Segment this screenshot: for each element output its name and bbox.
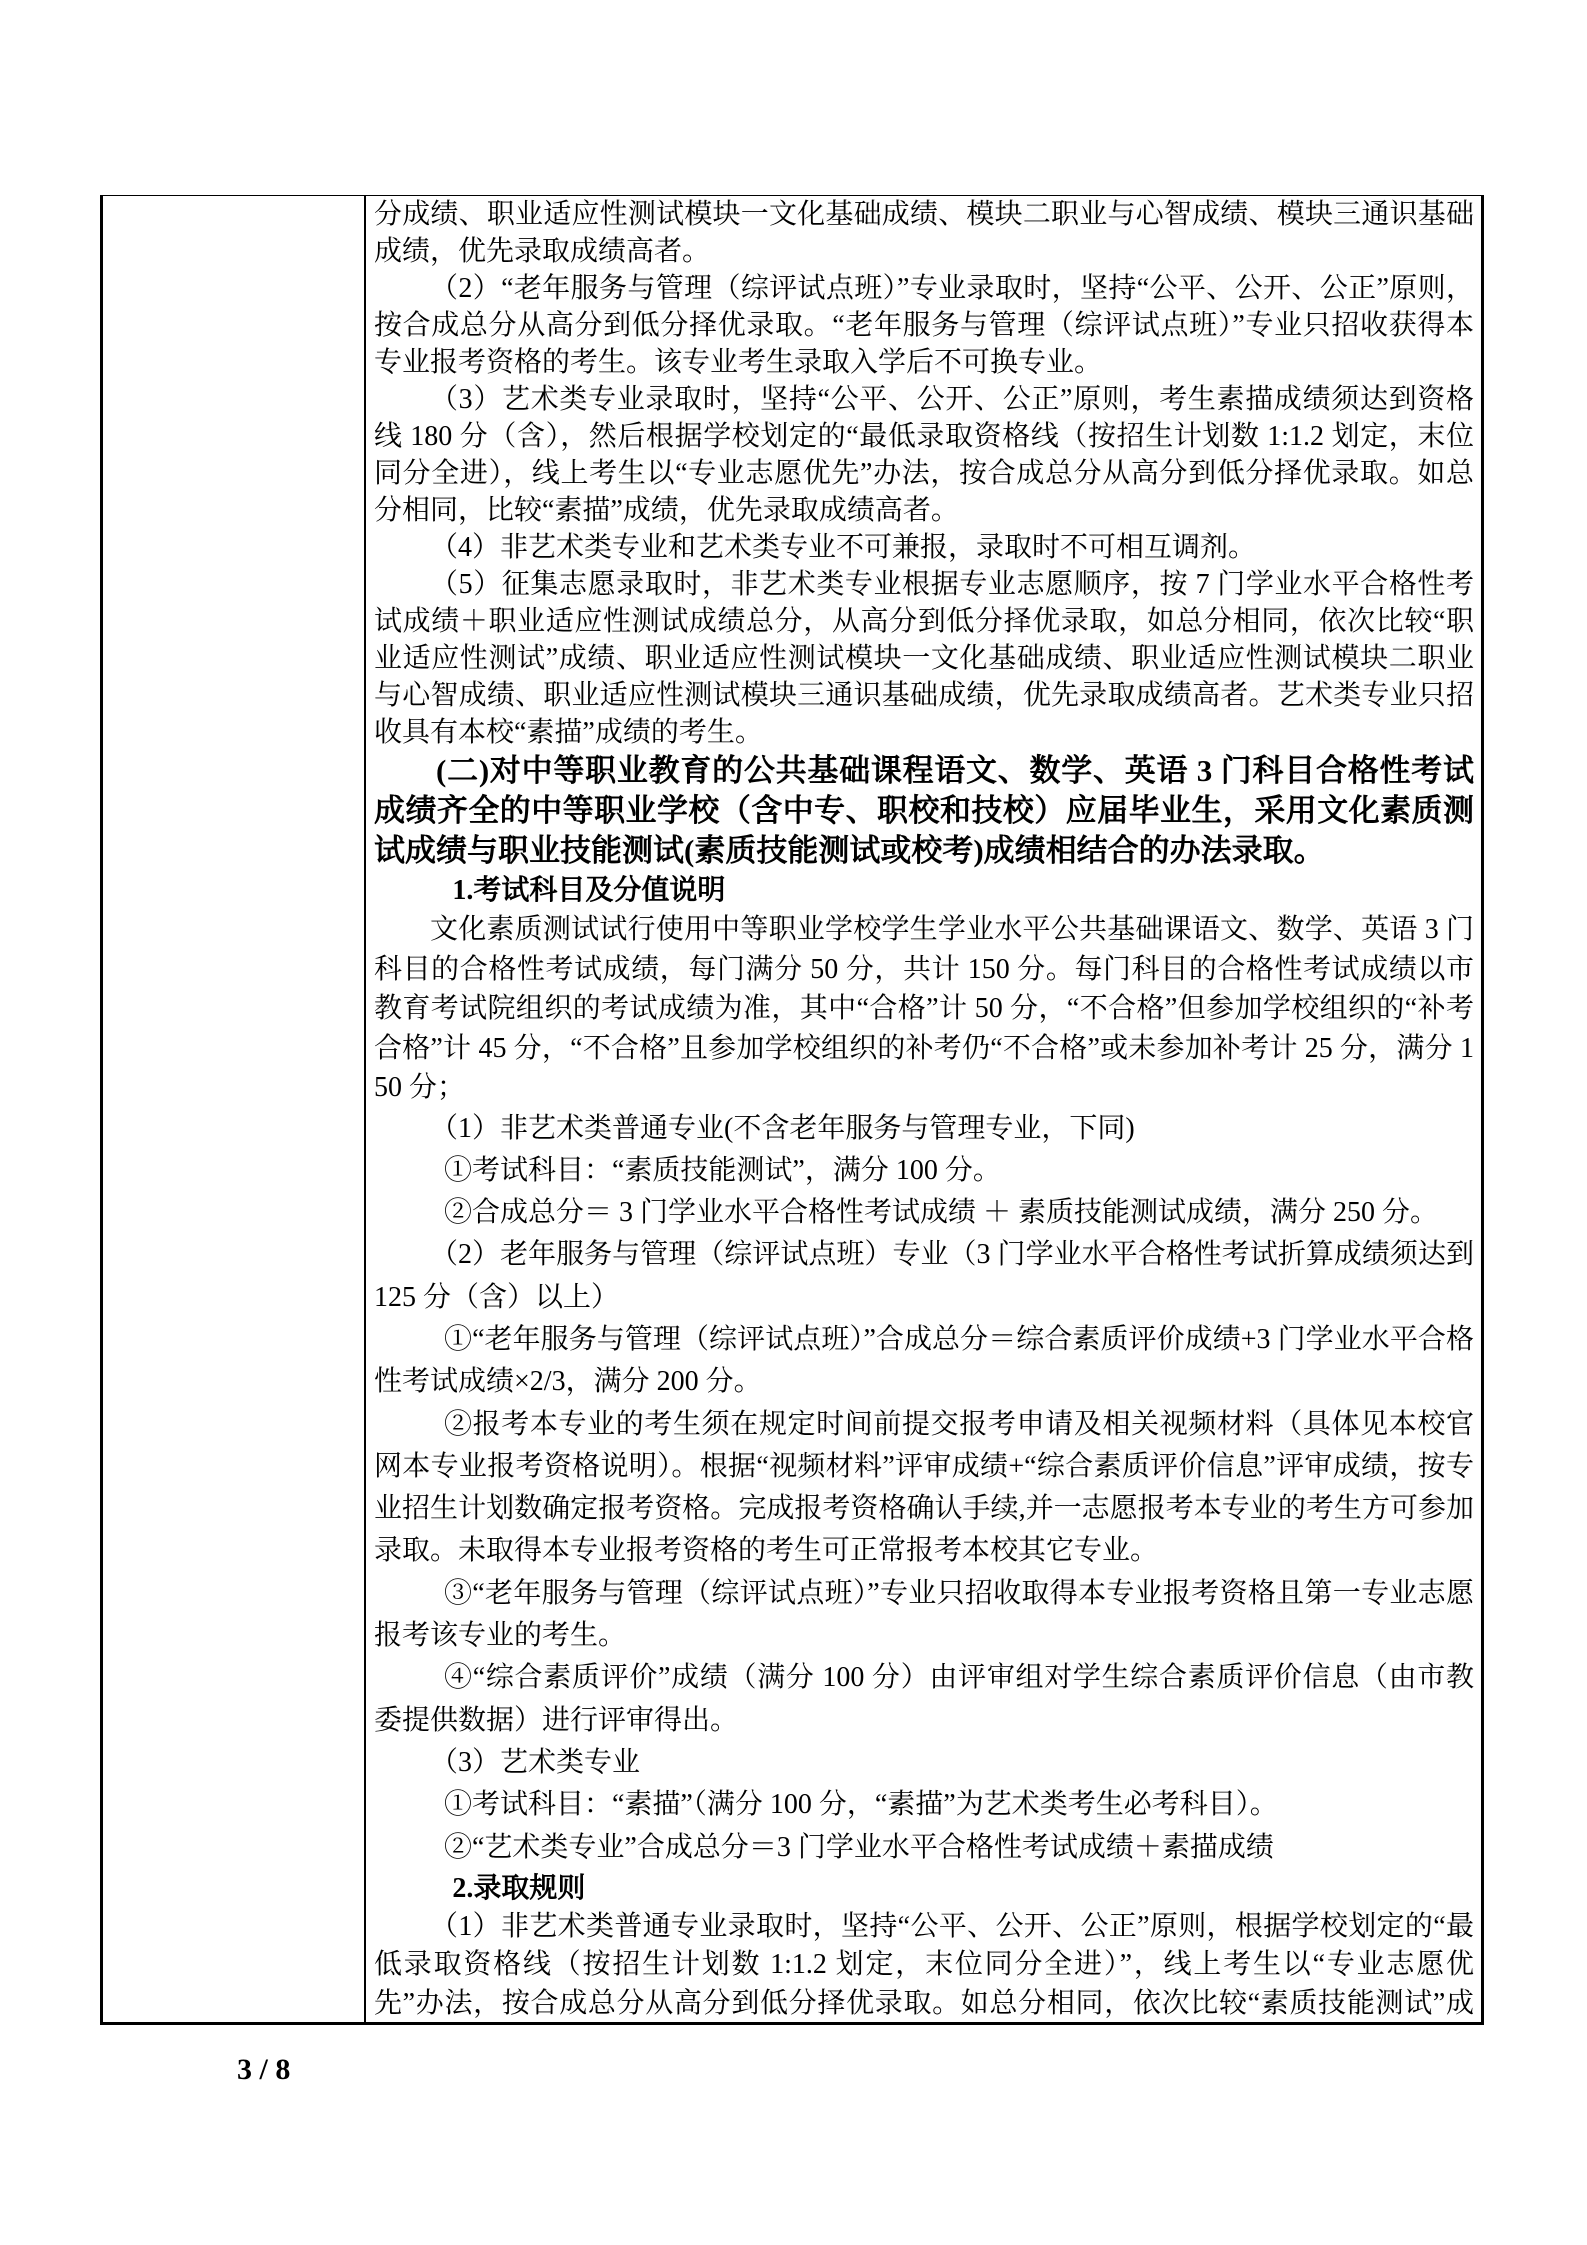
paragraph-art-subject: ①考试科目：“素描”（满分 100 分，“素描”为艺术类考生必考科目）。 [374, 1784, 1474, 1826]
paragraph-art-total: ②“艺术类专业”合成总分＝3 门学业水平合格性考试成绩＋素描成绩 [374, 1827, 1474, 1869]
document-page: 分成绩、职业适应性测试模块一文化基础成绩、模块二职业与心智成绩、模块三通识基础成… [0, 0, 1587, 2245]
paragraph-nonart-total: ②合成总分＝ 3 门学业水平合格性考试成绩 ＋ 素质技能测试成绩，满分 250 … [374, 1192, 1474, 1234]
paragraph-art-major: （3）艺术类专业 [374, 1742, 1474, 1784]
paragraph-rule-2: （2）“老年服务与管理（综评试点班）”专业录取时，坚持“公平、公开、公正”原则，… [374, 270, 1474, 381]
paragraph-nonart-major: （1）非艺术类普通专业(不含老年服务与管理专业，下同) [374, 1108, 1474, 1150]
paragraph-elderly-apply: ②报考本专业的考生须在规定时间前提交报考申请及相关视频材料（具体见本校官网本专业… [374, 1404, 1474, 1573]
paragraph-rule-3: （3）艺术类专业录取时，坚持“公平、公开、公正”原则，考生素描成绩须达到资格线 … [374, 381, 1474, 529]
paragraph-elderly-total: ①“老年服务与管理（综评试点班）”合成总分＝综合素质评价成绩+3 门学业水平合格… [374, 1319, 1474, 1404]
table-label-cell [103, 196, 366, 2022]
paragraph-culture-test: 文化素质测试试行使用中等职业学校学生学业水平公共基础课语文、数学、英语 3 门科… [374, 910, 1474, 1108]
paragraph-nonart-subject: ①考试科目：“素质技能测试”，满分 100 分。 [374, 1150, 1474, 1192]
paragraph-elderly-admit: ③“老年服务与管理（综评试点班）”专业只招收取得本专业报考资格且第一专业志愿报考… [374, 1573, 1474, 1658]
page-number: 3 / 8 [237, 2053, 290, 2087]
document-table: 分成绩、职业适应性测试模块一文化基础成绩、模块二职业与心智成绩、模块三通识基础成… [100, 195, 1484, 2025]
paragraph-quality-eval: ④“综合素质评价”成绩（满分 100 分）由评审组对学生综合素质评价信息（由市教… [374, 1657, 1474, 1742]
paragraph-elderly-major: （2）老年服务与管理（综评试点班）专业（3 门学业水平合格性考试折算成绩须达到 … [374, 1234, 1474, 1319]
section-heading-exam-subjects: 1.考试科目及分值说明 [374, 871, 1474, 910]
paragraph-section-2: (二)对中等职业教育的公共基础课程语文、数学、英语 3 门科目合格性考试成绩齐全… [374, 751, 1474, 871]
paragraph-continuation: 分成绩、职业适应性测试模块一文化基础成绩、模块二职业与心智成绩、模块三通识基础成… [374, 196, 1474, 270]
paragraph-rule-4: （4）非艺术类专业和艺术类专业不可兼报，录取时不可相互调剂。 [374, 529, 1474, 566]
paragraph-rule-5: （5）征集志愿录取时，非艺术类专业根据专业志愿顺序，按 7 门学业水平合格性考试… [374, 566, 1474, 751]
paragraph-admission-rule-1: （1）非艺术类普通专业录取时，坚持“公平、公开、公正”原则，根据学校划定的“最低… [374, 1908, 1474, 2022]
section-heading-admission-rules: 2.录取规则 [374, 1869, 1474, 1908]
table-content-cell: 分成绩、职业适应性测试模块一文化基础成绩、模块二职业与心智成绩、模块三通识基础成… [366, 196, 1481, 2022]
